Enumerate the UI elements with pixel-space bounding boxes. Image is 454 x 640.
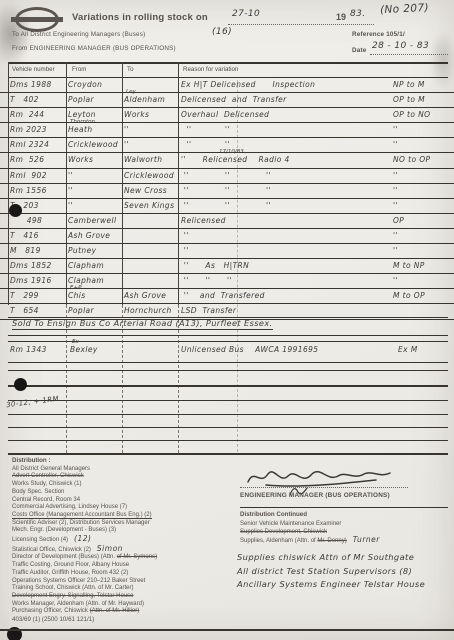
reason-superscript: 17/10/83 xyxy=(219,149,244,155)
status-code: OP to NO xyxy=(393,109,449,121)
distribution-item: Training School, Chiswick (Attn. of Mr. … xyxy=(12,585,236,593)
london-transport-roundel-logo xyxy=(15,7,59,32)
date-dotted-line xyxy=(370,54,448,55)
from-text: '' xyxy=(68,201,73,210)
rule-10 xyxy=(8,440,448,441)
from-text: '' xyxy=(68,186,73,195)
rule-5 xyxy=(8,370,448,371)
from-text: Chis xyxy=(68,291,86,300)
distribution-item-text: Supplies, Aldenham (Attn. of xyxy=(240,538,317,544)
reason-text: '' '' '' xyxy=(181,171,271,180)
to-text: New Cross xyxy=(124,186,167,195)
from-cell: Croydon xyxy=(68,79,123,91)
reason-text: '' xyxy=(181,246,189,255)
date-handwritten: 28 - 10 - 83 xyxy=(372,41,429,51)
from-text: Leyton xyxy=(68,110,96,119)
table-row: Rm 1556''New Cross '' '' '''' xyxy=(0,184,454,199)
from-text: Poplar xyxy=(68,95,94,104)
distribution-item-text: Works Manager, Aldenham (Attn. of Mr. Ha… xyxy=(12,601,144,607)
rule-2 xyxy=(8,335,448,336)
from-text: Camberwell xyxy=(68,216,117,225)
handwritten-line: Ancillary Systems Engineer Telstar House xyxy=(237,578,451,592)
distribution-item-annotation: Simon xyxy=(97,544,123,553)
table-row: T 299E+PChisAsh Grove '' and TransferedM… xyxy=(0,289,454,304)
distribution-left: Distribution : All District General Mana… xyxy=(12,457,236,616)
distribution-item: Body Spec. Section xyxy=(12,489,236,497)
rule-6 xyxy=(8,385,448,387)
distribution-heading: Distribution : xyxy=(12,457,236,465)
vehicle-number: Rm 244 xyxy=(10,109,68,121)
to-text: Aldenham xyxy=(124,95,165,104)
to-cell: Seven Kings xyxy=(124,200,179,212)
from-text: Heath xyxy=(68,125,93,134)
vehicle-number: T 402 xyxy=(10,94,68,106)
rule-8 xyxy=(8,414,448,415)
col-header-from: From xyxy=(72,66,86,73)
distribution-right: Distribution Continued Senior Vehicle Ma… xyxy=(240,511,450,545)
date-label: Date xyxy=(352,47,366,54)
reason-cell: '' '' xyxy=(181,124,392,136)
table-body: Dms 1988CroydonEx H|T Delicensed Inspect… xyxy=(0,78,454,320)
from-cell: Works xyxy=(68,154,123,166)
from-text: Putney xyxy=(68,246,96,255)
page-bottom-rule xyxy=(0,629,454,631)
rule-7 xyxy=(8,400,448,401)
distribution-left-items: All District General ManagersAdvert Cont… xyxy=(12,466,236,616)
vehicle-number: Dms 1988 xyxy=(10,79,68,91)
table-row: Dms 1852Clapham '' As H|TRNM to NP xyxy=(0,259,454,274)
distribution-item-text: Traffic Costing, Ground Floor, Albany Ho… xyxy=(12,562,129,568)
extra-row-from: Ex Bexley xyxy=(70,345,98,354)
distribution-item-text: Works Study, Chiswick (1) xyxy=(12,481,81,487)
status-code: '' xyxy=(393,139,449,151)
from-cell: Ash Grove xyxy=(68,230,123,242)
to-superscript: Ley xyxy=(126,89,136,95)
reason-text: LSD Transfer xyxy=(181,306,236,315)
vehicle-number: T 299 xyxy=(10,290,68,302)
extra-row-vehicle: Rm 1343 xyxy=(10,345,47,354)
distribution-item: Works Study, Chiswick (1) xyxy=(12,481,236,489)
table-row: Dms 1988CroydonEx H|T Delicensed Inspect… xyxy=(0,78,454,93)
distribution-item: Traffic Costing, Ground Floor, Albany Ho… xyxy=(12,562,236,570)
distribution-item-text: Traffic Auditor, Griffith House, Room 43… xyxy=(12,570,128,576)
reason-cell: '' '' '' xyxy=(181,185,392,197)
distribution-item-text: Development Engry. Signalling, Telstar H… xyxy=(12,593,134,599)
vehicle-number: Dms 1916 xyxy=(10,275,68,287)
to-cell: New Cross xyxy=(124,185,179,197)
distribution-item-text: Supplies Development, Chiswick xyxy=(240,529,327,535)
reason-cell: Overhaul Delicensed xyxy=(181,109,392,121)
distribution-item: Mech. Engr. (Development - Buses) (3) xyxy=(12,527,236,535)
to-cell: Walworth xyxy=(124,154,179,166)
to-text: Works xyxy=(124,110,149,119)
to-text: Seven Kings xyxy=(124,201,174,210)
from-text: Works xyxy=(68,155,93,164)
form-number-note: (No 207) xyxy=(380,2,430,17)
table-row: T 402PoplarLeyAldenhamDelicensed and Tra… xyxy=(0,93,454,108)
status-code: '' xyxy=(393,245,449,257)
from-cell: '' xyxy=(68,185,123,197)
distribution-item: Senior Vehicle Maintenance Examiner xyxy=(240,520,450,528)
status-code: OP to M xyxy=(393,94,449,106)
distribution-item-text: Operations Systems Officer 210–212 Baker… xyxy=(12,578,145,584)
reason-cell: Ex H|T Delicensed Inspection xyxy=(181,79,392,91)
from-cell: Cricklewood xyxy=(68,139,123,151)
from-text: Cricklewood xyxy=(68,140,118,149)
table-row: Dms 1916Clapham '' '' '''' xyxy=(0,274,454,289)
form-print-code: 403/69 (1) (2500 10/61 121/1) xyxy=(12,616,94,623)
reason-cell: LSD Transfer xyxy=(181,305,392,317)
reason-cell: '' xyxy=(181,245,392,257)
reason-text: '' '' '' xyxy=(181,201,271,210)
status-code: '' xyxy=(393,230,449,242)
title-year-printed: 19 xyxy=(336,12,346,22)
reason-cell: '' '' '' xyxy=(181,200,392,212)
distribution-item-annotation: Turner xyxy=(353,535,380,544)
distribution-item: Licensing Section (4)(12) xyxy=(12,535,236,545)
to-text: Hornchurch xyxy=(124,306,172,315)
reason-cell: 17/10/83'' Relicensed Radio 4 xyxy=(181,154,392,166)
extra-row-from-superscript: Ex xyxy=(72,339,79,345)
rule-4 xyxy=(8,362,448,363)
distribution-item-text: Director of Development (Buses) (Attn. xyxy=(12,554,117,560)
from-cell: E+PChis xyxy=(68,290,123,302)
footer-top-rule xyxy=(8,453,448,455)
extra-row-code: Ex M xyxy=(398,345,418,354)
distribution-item-text: Advert Controller, Chiswick xyxy=(12,473,84,479)
distribution-item-text: Body Spec. Section xyxy=(12,489,64,495)
signature-caption: ENGINEERING MANAGER (BUS OPERATIONS) xyxy=(240,492,390,499)
reason-cell: '' '' '' xyxy=(181,275,392,287)
from-cell: '' xyxy=(68,170,123,182)
distribution-item-text: Scientific Adviser (2), Distribution Ser… xyxy=(12,520,150,526)
status-code: M to OP xyxy=(393,290,449,302)
vehicle-number: Rm 2023 xyxy=(10,124,68,136)
distribution-item: Advert Controller, Chiswick xyxy=(12,473,236,481)
table-row: Rml 902''Cricklewood '' '' '''' xyxy=(0,169,454,184)
distribution-item-text: Licensing Section (4) xyxy=(12,537,68,543)
reason-cell: Delicensed and Transfer xyxy=(181,94,392,106)
reason-text: '' As H|TRN xyxy=(181,261,249,270)
distribution-item: Development Engry. Signalling, Telstar H… xyxy=(12,593,236,601)
distribution-item: Costs Office (Management Accountant Bus … xyxy=(12,512,236,520)
ink-blot xyxy=(9,204,22,217)
reason-text: '' and Transfered xyxy=(181,291,265,300)
distribution-item-text: Training School, Chiswick (Attn. of Mr. … xyxy=(12,585,133,591)
to-cell: '' xyxy=(124,124,179,136)
from-cell: Camberwell xyxy=(68,215,123,227)
handwritten-distribution-additions: Supplies chiswick Attn of Mr SouthgateAl… xyxy=(237,551,451,592)
to-text: '' xyxy=(124,140,129,149)
table-row: T 416Ash Grove '''' xyxy=(0,229,454,244)
status-code: OP xyxy=(393,215,449,227)
table-row: Rm 2023ThorntonHeath'' '' '''' xyxy=(0,123,454,138)
status-code: '' xyxy=(393,275,449,287)
distribution-item: Traffic Auditor, Griffith House, Room 43… xyxy=(12,570,236,578)
from-text: Clapham xyxy=(68,261,104,270)
table-row: 498CamberwellRelicensedOP xyxy=(0,214,454,229)
reason-cell: '' As H|TRN xyxy=(181,260,392,272)
to-text: '' xyxy=(124,125,129,134)
reason-cell: '' '' '' xyxy=(181,170,392,182)
distribution-item-text: Commercial Advertising, Lindsey House (7… xyxy=(12,504,127,510)
from-cell: '' xyxy=(68,200,123,212)
roundel-bar xyxy=(11,17,63,22)
status-code: NP to M xyxy=(393,79,449,91)
distribution-item-struck-text: Mr. Denny) xyxy=(317,538,346,544)
distribution-item-text: Purchasing Officer, Chiswick xyxy=(12,608,90,614)
distribution-right-rule xyxy=(240,507,448,508)
distribution-right-items: Senior Vehicle Maintenance ExaminerSuppl… xyxy=(240,520,450,545)
extra-row-reason: Unlicensed Bus AWCA 1991695 xyxy=(181,345,318,354)
table-row: M 819Putney '''' xyxy=(0,244,454,259)
margin-note: 30-12, + 1RM xyxy=(6,395,60,409)
col-header-reason: Reason for variation xyxy=(183,66,238,73)
distribution-item-text: Statistical Office, Chiswick (2) xyxy=(12,547,91,553)
reason-text: '' '' xyxy=(181,125,230,134)
col-header-vehicle: Vehicle number xyxy=(12,66,55,73)
table-top-rule xyxy=(8,62,448,64)
from-text: Clapham xyxy=(68,276,104,285)
distribution-continued-heading: Distribution Continued xyxy=(240,511,450,519)
to-text: Walworth xyxy=(124,155,162,164)
distribution-item: Central Record, Room 34 xyxy=(12,497,236,505)
vehicle-number: Rm 526 xyxy=(10,154,68,166)
distribution-item-text: Central Record, Room 34 xyxy=(12,497,80,503)
col-header-to: To xyxy=(127,66,134,73)
status-code: '' xyxy=(393,200,449,212)
to-cell: Ash Grove xyxy=(124,290,179,302)
extra-row-from-text: Bexley xyxy=(70,345,98,354)
to-annotation: (16) xyxy=(212,27,232,37)
from-text: '' xyxy=(68,171,73,180)
from-text: Ash Grove xyxy=(68,231,110,240)
distribution-item: Scientific Adviser (2), Distribution Ser… xyxy=(12,520,236,528)
reason-text: Overhaul Delicensed xyxy=(181,110,269,119)
to-cell: Works xyxy=(124,109,179,121)
from-cell: ThorntonHeath xyxy=(68,124,123,136)
status-code: '' xyxy=(393,170,449,182)
rule-9 xyxy=(8,427,448,428)
distribution-item: Commercial Advertising, Lindsey House (7… xyxy=(12,504,236,512)
reason-text: '' '' xyxy=(181,140,230,149)
distribution-item: Director of Development (Buses) (Attn. o… xyxy=(12,554,236,562)
from-cell: Clapham xyxy=(68,260,123,272)
table-row: Rm 244LeytonWorksOverhaul DelicensedOP t… xyxy=(0,108,454,123)
from-line: From ENGINEERING MANAGER (BUS OPERATIONS… xyxy=(12,45,176,52)
distribution-item-struck-text: of Mr. Symons) xyxy=(117,554,157,560)
handwritten-line: All district Test Station Supervisors (8… xyxy=(237,565,451,579)
to-cell: Hornchurch xyxy=(124,305,179,317)
from-text: Poplar xyxy=(68,306,94,315)
reason-text: Ex H|T Delicensed Inspection xyxy=(181,80,315,89)
sold-to-line: Sold To Ensign Bus Co Arterial Road (A13… xyxy=(12,318,273,328)
table-row: T 203''Seven Kings '' '' '''' xyxy=(0,199,454,214)
from-cell: Poplar xyxy=(68,305,123,317)
reason-text: '' xyxy=(181,231,189,240)
vehicle-number: T 416 xyxy=(10,230,68,242)
status-code: NO to OP xyxy=(393,154,449,166)
distribution-item-struck-text: (Attn. of Mr. Hillier) xyxy=(90,608,140,614)
status-code: '' xyxy=(393,124,449,136)
distribution-item-text: Senior Vehicle Maintenance Examiner xyxy=(240,521,341,527)
to-text: Cricklewood xyxy=(124,171,174,180)
reason-text: Delicensed and Transfer xyxy=(181,95,287,104)
from-cell: Putney xyxy=(68,245,123,257)
title-year-handwritten: 83. xyxy=(350,9,366,19)
sold-to-text: Sold To Ensign Bus Co Arterial Road (A13… xyxy=(12,318,273,330)
vehicle-number: Rml 902 xyxy=(10,170,68,182)
distribution-item: Statistical Office, Chiswick (2)Simon xyxy=(12,545,236,555)
to-cell: LeyAldenham xyxy=(124,94,179,106)
title-date-handwritten: 27-10 xyxy=(232,9,260,19)
distribution-item-text: Costs Office (Management Accountant Bus … xyxy=(12,512,152,519)
distribution-item: Supplies Development, Chiswick xyxy=(240,528,450,536)
distribution-item-text: All District General Managers xyxy=(12,466,90,472)
handwritten-line: Supplies chiswick Attn of Mr Southgate xyxy=(237,551,451,565)
to-text: Ash Grove xyxy=(124,291,166,300)
vehicle-number: T 654 xyxy=(10,305,68,317)
vehicle-number: Rm 1556 xyxy=(10,185,68,197)
distribution-item: Purchasing Officer, Chiswick (Attn. of M… xyxy=(12,608,236,616)
vehicle-number: Rml 2324 xyxy=(10,139,68,151)
distribution-item: Operations Systems Officer 210–212 Baker… xyxy=(12,578,236,586)
reason-text: '' '' '' xyxy=(181,276,232,285)
to-line: To All District Engineering Managers (Bu… xyxy=(12,31,145,38)
status-code: '' xyxy=(393,185,449,197)
document-page: Variations in rolling stock on 27-10 19 … xyxy=(0,0,454,640)
distribution-item: All District General Managers xyxy=(12,466,236,474)
distribution-item: Works Manager, Aldenham (Attn. of Mr. Ha… xyxy=(12,601,236,609)
reason-cell: '' and Transfered xyxy=(181,290,392,302)
from-superscript: Thornton xyxy=(70,119,95,125)
distribution-item-text: Mech. Engr. (Development - Buses) (3) xyxy=(12,527,116,533)
signature-dotted-line xyxy=(240,487,408,488)
from-cell: Poplar xyxy=(68,94,123,106)
reason-cell: '' '' xyxy=(181,139,392,151)
vehicle-number: Dms 1852 xyxy=(10,260,68,272)
from-superscript: E+P xyxy=(70,285,81,291)
distribution-item-annotation: (12) xyxy=(74,534,91,543)
reason-cell: '' xyxy=(181,230,392,242)
reason-cell: Relicensed xyxy=(181,215,392,227)
punch-hole xyxy=(14,378,27,391)
reason-text: '' '' '' xyxy=(181,186,271,195)
distribution-item: Supplies, Aldenham (Attn. of Mr. Denny)T… xyxy=(240,536,450,545)
table-row: Rm 526WorksWalworth17/10/83'' Relicensed… xyxy=(0,153,454,168)
to-cell: Cricklewood xyxy=(124,170,179,182)
status-code: M to NP xyxy=(393,260,449,272)
form-title: Variations in rolling stock on xyxy=(72,12,208,23)
vehicle-number: 498 xyxy=(10,215,68,227)
reason-text: '' Relicensed Radio 4 xyxy=(181,155,290,164)
reference: Reference 105/1/ xyxy=(352,31,405,38)
to-cell: '' xyxy=(124,139,179,151)
reason-text: Relicensed xyxy=(181,216,226,225)
title-dotted-line xyxy=(228,24,374,25)
vehicle-number: M 819 xyxy=(10,245,68,257)
from-text: Croydon xyxy=(68,80,102,89)
